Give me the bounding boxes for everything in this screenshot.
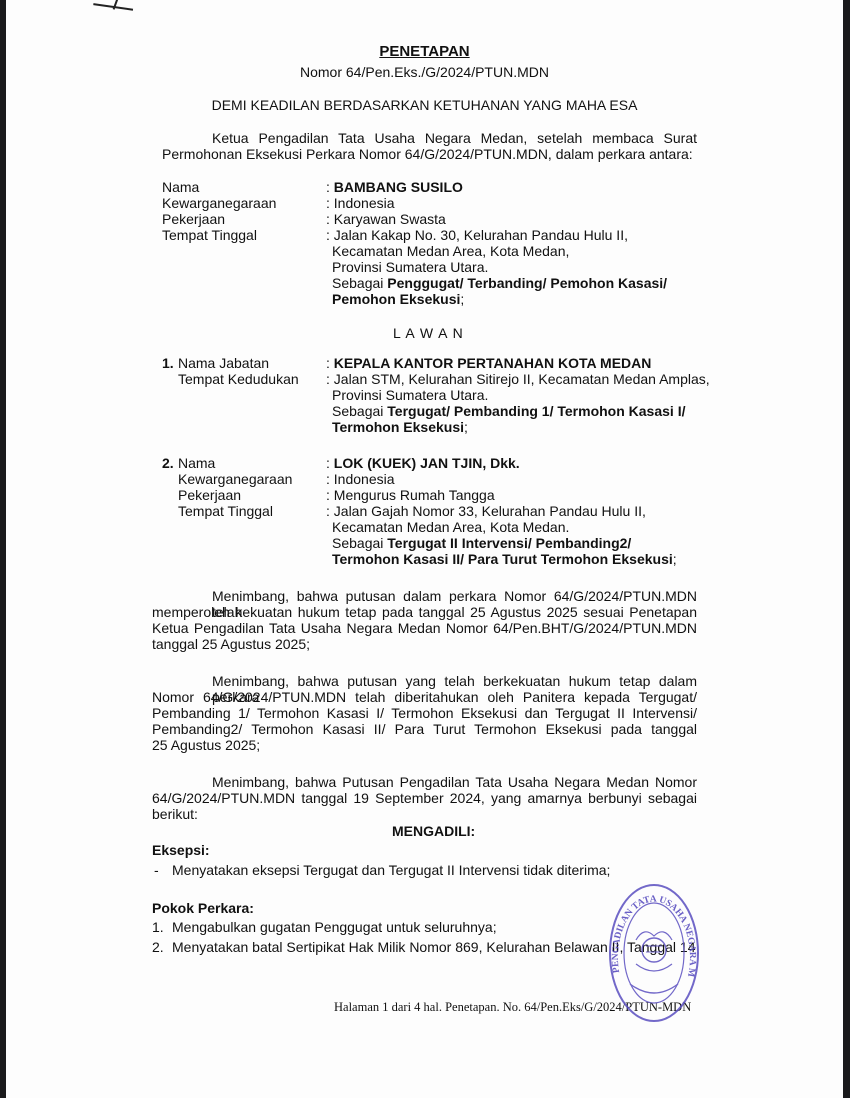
main-case-item-marker: 1. [152,919,164,935]
main-case-item: Mengabulkan gugatan Penggugat untuk selu… [172,919,497,935]
exception-heading: Eksepsi: [152,842,210,858]
respondent-2-number: 2. [162,455,174,471]
label-title: Nama Jabatan [178,355,269,371]
respondent-2-role: Tergugat II Intervensi/ Pembanding2/ [387,535,631,551]
versus-heading: L A W A N [393,325,464,341]
party-1-name: BAMBANG SUSILO [334,179,463,195]
respondent-2-residence: Jalan Gajah Nomor 33, Kelurahan Pandau H… [334,503,646,519]
paragraph-line: Pembanding 1/ Termohon Kasasi I/ Termoho… [152,705,697,721]
verdict-heading: MENGADILI: [392,823,475,839]
court-seal-stamp-icon: PENGADILAN TATA USAHA NEGARA MEDAN [606,880,702,1026]
role-suffix: ; [460,291,464,307]
paragraph-line: tanggal 25 Agustus 2025; [152,636,310,652]
paragraph-line: 25 Agustus 2025; [152,737,260,753]
label-name: Nama [162,179,199,195]
role-prefix: Sebagai [332,535,387,551]
main-case-item-marker: 2. [152,939,164,955]
paragraph-line: 64/G/2024/PTUN.MDN tanggal 19 September … [152,790,697,806]
respondent-2-role: Termohon Kasasi II/ Para Turut Termohon … [332,551,673,567]
paragraph-line: Nomor 64/G/2024/PTUN.MDN telah diberitah… [152,689,697,705]
respondent-1-seat: Provinsi Sumatera Utara. [332,387,488,403]
paragraph-line: berikut: [152,806,198,822]
paragraph-line: Menimbang, bahwa Putusan Pengadilan Tata… [212,774,697,790]
party-1-residence: Provinsi Sumatera Utara. [332,259,488,275]
invocation: DEMI KEADILAN BERDASARKAN KETUHANAN YANG… [6,97,843,113]
respondent-2-citizenship: Indonesia [334,471,395,487]
respondent-2-residence: Kecamatan Medan Area, Kota Medan. [332,519,569,535]
respondent-2-occupation: Mengurus Rumah Tangga [334,487,495,503]
label-residence: Tempat Tinggal [178,503,273,519]
label-occupation: Pekerjaan [178,487,241,503]
paragraph-line: Ketua Pengadilan Tata Usaha Negara Medan… [152,620,697,636]
label-residence: Tempat Tinggal [162,227,257,243]
party-1-residence: Jalan Kakap No. 30, Kelurahan Pandau Hul… [334,227,628,243]
document-title: PENETAPAN [6,44,843,60]
respondent-1-role: Termohon Eksekusi [332,419,464,435]
respondent-1-number: 1. [162,355,174,371]
respondent-1-seat: Jalan STM, Kelurahan Sitirejo II, Kecama… [334,371,710,387]
paragraph-line: memperoleh kekuatan hukum tetap pada tan… [152,604,697,620]
respondent-2-name: LOK (KUEK) JAN TJIN, Dkk. [334,455,520,471]
document-number: Nomor 64/Pen.Eks./G/2024/PTUN.MDN [6,64,843,80]
role-suffix: ; [464,419,468,435]
exception-item-marker: - [154,862,159,878]
exception-item: Menyatakan eksepsi Tergugat dan Tergugat… [172,862,610,878]
party-1-role: Pemohon Eksekusi [332,291,460,307]
party-1-residence: Kecamatan Medan Area, Kota Medan, [332,243,569,259]
party-1-role: Penggugat/ Terbanding/ Pemohon Kasasi/ [387,275,667,291]
intro-line-1: Ketua Pengadilan Tata Usaha Negara Medan… [212,130,697,146]
label-citizenship: Kewarganegaraan [162,195,276,211]
label-name: Nama [178,455,215,471]
document-page: PENETAPAN Nomor 64/Pen.Eks./G/2024/PTUN.… [6,0,843,1098]
intro-line-2: Permohonan Eksekusi Perkara Nomor 64/G/2… [162,146,693,162]
party-1-occupation: Karyawan Swasta [334,211,446,227]
paragraph-line: Pembanding2/ Termohon Kasasi II/ Para Tu… [152,721,697,737]
party-1-citizenship: Indonesia [334,195,395,211]
respondent-1-role: Tergugat/ Pembanding 1/ Termohon Kasasi … [387,403,685,419]
label-occupation: Pekerjaan [162,211,225,227]
role-prefix: Sebagai [332,403,387,419]
main-case-heading: Pokok Perkara: [152,900,254,916]
label-citizenship: Kewarganegaraan [178,471,292,487]
role-suffix: ; [673,551,677,567]
respondent-1-name: KEPALA KANTOR PERTANAHAN KOTA MEDAN [334,355,652,371]
role-prefix: Sebagai [332,275,387,291]
label-seat: Tempat Kedudukan [178,371,299,387]
